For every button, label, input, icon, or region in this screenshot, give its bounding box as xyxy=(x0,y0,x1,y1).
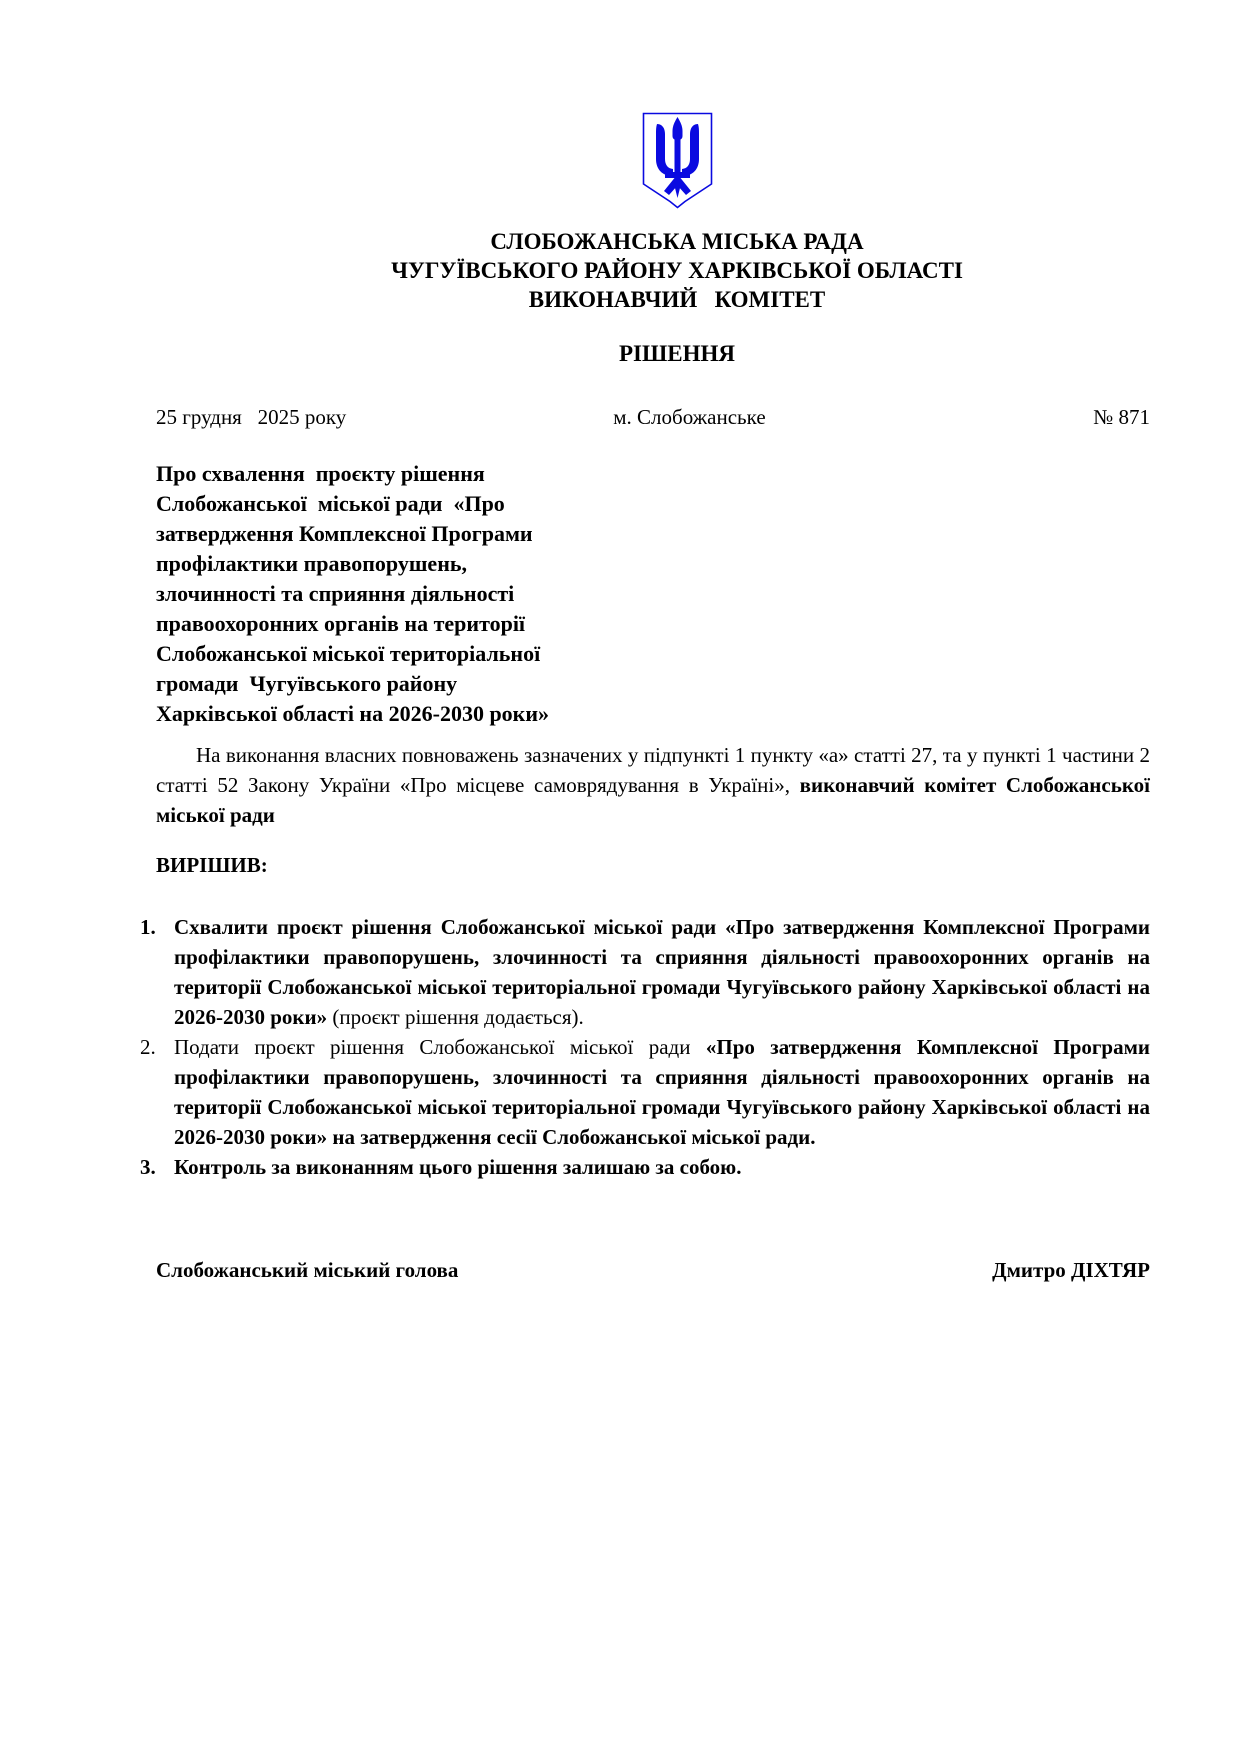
resolution-list: 1.Схвалити проєкт рішення Слобожанської … xyxy=(156,912,1150,1182)
preamble-paragraph: На виконання власних повноважень зазначе… xyxy=(156,740,1150,830)
committee-name: ВИКОНАВЧИЙ КОМІТЕТ xyxy=(204,285,1150,314)
doc-place: м. Слобожанське xyxy=(613,402,1093,432)
document-type-title: РІШЕННЯ xyxy=(204,339,1150,368)
item-text: Схвалити проєкт рішення Слобожанської мі… xyxy=(174,912,1150,1032)
document-header: СЛОБОЖАНСЬКА МІСЬКА РАДА ЧУГУЇВСЬКОГО РА… xyxy=(156,112,1150,368)
signatory-title: Слобожанський міський голова xyxy=(156,1255,458,1285)
item-text-run: (проєкт рішення додається). xyxy=(327,1005,584,1029)
item-text: Контроль за виконанням цього рішення зал… xyxy=(174,1152,1150,1182)
resolved-label: ВИРІШИВ: xyxy=(156,850,1150,880)
tryzub-shield-icon xyxy=(642,112,713,217)
council-name: СЛОБОЖАНСЬКА МІСЬКА РАДА xyxy=(204,227,1150,256)
doc-date: 25 грудня 2025 року xyxy=(156,402,613,432)
signature-row: Слобожанський міський голова Дмитро ДІХТ… xyxy=(156,1255,1150,1285)
resolution-item: 3.Контроль за виконанням цього рішення з… xyxy=(140,1152,1150,1182)
item-text: Подати проєкт рішення Слобожанської місь… xyxy=(174,1032,1150,1152)
item-number: 1. xyxy=(140,912,174,1032)
district-name: ЧУГУЇВСЬКОГО РАЙОНУ ХАРКІВСЬКОЇ ОБЛАСТІ xyxy=(204,256,1150,285)
resolution-item: 1.Схвалити проєкт рішення Слобожанської … xyxy=(140,912,1150,1032)
meta-row: 25 грудня 2025 року м. Слобожанське № 87… xyxy=(156,402,1150,432)
item-text-run: Подати проєкт рішення Слобожанської місь… xyxy=(174,1035,706,1059)
subject-block: Про схвалення проєкту рішення Слобожансь… xyxy=(156,459,716,729)
signatory-name: Дмитро ДІХТЯР xyxy=(992,1255,1150,1285)
item-number: 3. xyxy=(140,1152,174,1182)
item-number: 2. xyxy=(140,1032,174,1152)
resolution-item: 2.Подати проєкт рішення Слобожанської мі… xyxy=(140,1032,1150,1152)
item-text-run: Схвалити проєкт рішення Слобожанської мі… xyxy=(174,915,1150,1029)
item-text-run: Контроль за виконанням цього рішення зал… xyxy=(174,1155,741,1179)
document-page: СЛОБОЖАНСЬКА МІСЬКА РАДА ЧУГУЇВСЬКОГО РА… xyxy=(0,0,1240,1754)
doc-number: № 871 xyxy=(1093,402,1150,432)
